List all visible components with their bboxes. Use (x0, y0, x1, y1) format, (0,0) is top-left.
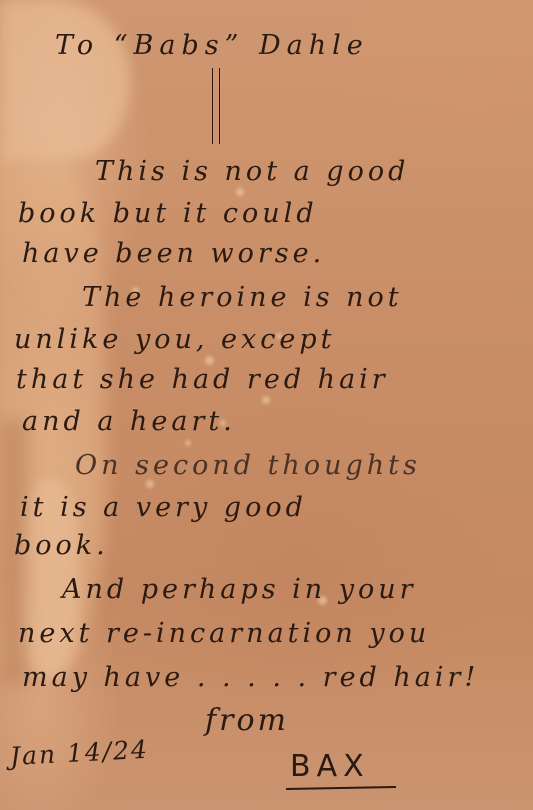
letter-line: have been worse. (22, 240, 325, 267)
letter-line: book but it could (18, 200, 318, 227)
signature: BAX (290, 752, 370, 782)
double-line-mark (212, 68, 220, 144)
paper-speck (262, 396, 270, 404)
salutation: To “Babs” Dahle (55, 32, 369, 59)
paper-speck (236, 188, 244, 196)
letter-line: that she had red hair (16, 366, 389, 393)
letter-line: The heroine is not (82, 284, 403, 311)
letter-line: unlike you, except (14, 326, 335, 353)
water-stain (0, 0, 130, 160)
letter-date: Jan 14/24 (9, 737, 149, 769)
letter-line: next re-incarnation you (18, 620, 430, 647)
letter-line: And perhaps in your (62, 576, 417, 603)
handwritten-letter: To “Babs” Dahle This is not a good book … (0, 0, 533, 810)
letter-line: book. (14, 532, 109, 559)
letter-line: and a heart. (22, 408, 236, 435)
closing: from (205, 706, 289, 736)
letter-line: On second thoughts (75, 452, 421, 479)
letter-line: it is a very good (20, 494, 307, 521)
paper-speck (185, 440, 191, 446)
signature-underline (286, 786, 396, 790)
letter-line: may have . . . . . red hair! (22, 664, 479, 691)
paper-speck (146, 480, 154, 488)
letter-line: This is not a good (95, 158, 409, 185)
